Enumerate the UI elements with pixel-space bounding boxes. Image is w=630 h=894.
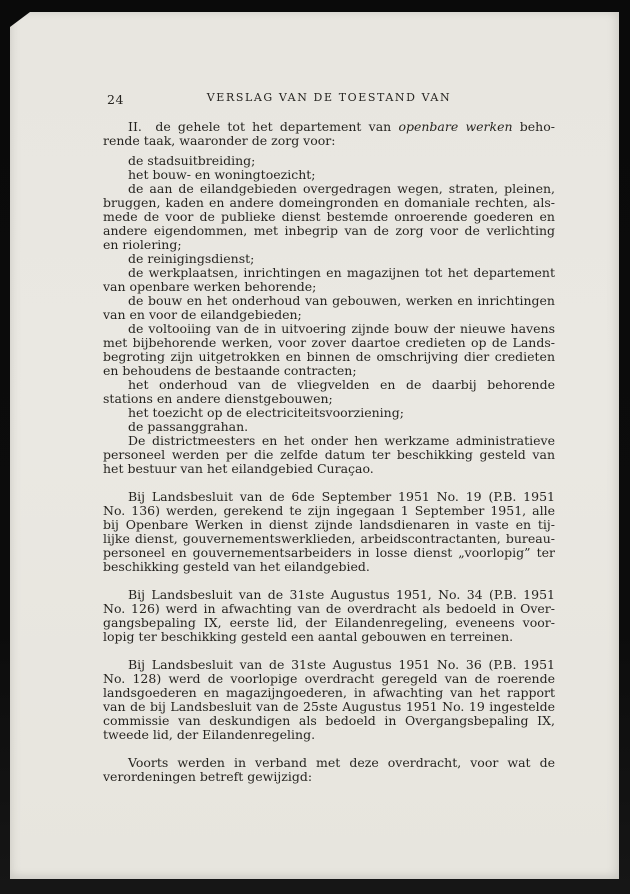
text-segment: het bouw- en woningtoezicht; [128, 167, 315, 182]
paragraph: Bij Landsbesluit van de 31ste Augustus 1… [103, 588, 555, 644]
text-segment: de passanggrahan. [128, 419, 248, 434]
text-segment: andere eigendommen, met inbegrip van de … [103, 223, 555, 238]
text-segment: personeel en gouvernementsarbeiders in l… [103, 545, 555, 560]
text-line: mede de voor de publieke dienst bestemde… [103, 210, 555, 224]
page-body: II. de gehele tot het departement van op… [103, 120, 555, 784]
text-line: en riolering; [103, 238, 555, 252]
text-segment: beho- [513, 119, 555, 134]
page-header: 24 VERSLAG VAN DE TOESTAND VAN [103, 91, 555, 105]
text-segment: het toezicht op de electriciteitsvoorzie… [128, 405, 404, 420]
scan-canvas: { "colors": { "scan_background": "#0b0b0… [0, 0, 630, 894]
text-line: van en voor de eilandgebieden; [103, 308, 555, 322]
text-line: commissie van deskundigen als bedoeld in… [103, 714, 555, 728]
text-line: rende taak, waaronder de zorg voor: [103, 134, 555, 148]
text-segment: tweede lid, der Eilandenregeling. [103, 727, 315, 742]
text-line: No. 136) werden, gerekend te zijn ingega… [103, 504, 555, 518]
text-line: de voltooiing van de in uitvoering zijnd… [103, 322, 555, 336]
paragraph: de stadsuitbreiding;het bouw- en woningt… [103, 154, 555, 434]
text-segment: de voltooiing van de in uitvoering zijnd… [128, 321, 555, 336]
text-segment: II. de gehele tot het departement van [128, 119, 398, 134]
text-line: personeel en gouvernementsarbeiders in l… [103, 546, 555, 560]
text-line: het toezicht op de electriciteitsvoorzie… [103, 406, 555, 420]
running-title: VERSLAG VAN DE TOESTAND VAN [103, 91, 555, 104]
text-segment: verordeningen betreft gewijzigd: [103, 769, 312, 784]
text-line: het bouw- en woningtoezicht; [103, 168, 555, 182]
text-segment: en riolering; [103, 237, 182, 252]
text-line: de bouw en het onderhoud van gebouwen, w… [103, 294, 555, 308]
text-line: van openbare werken behorende; [103, 280, 555, 294]
text-segment: Bij Landsbesluit van de 6de September 19… [128, 489, 555, 504]
text-line: lijke dienst, gouvernementswerklieden, a… [103, 532, 555, 546]
text-line: personeel werden per die zelfde datum te… [103, 448, 555, 462]
text-line: bruggen, kaden en andere domeingronden e… [103, 196, 555, 210]
text-segment: lopig ter beschikking gesteld een aantal… [103, 629, 513, 644]
paragraph: Bij Landsbesluit van de 6de September 19… [103, 490, 555, 574]
text-segment: landsgoederen en magazijngoederen, in af… [103, 685, 555, 700]
text-line: van de bij Landsbesluit van de 25ste Aug… [103, 700, 555, 714]
text-segment: bij Openbare Werken in dienst zijnde lan… [103, 517, 555, 532]
text-segment: bruggen, kaden en andere domeingronden e… [103, 195, 555, 210]
text-segment: No. 136) werden, gerekend te zijn ingega… [103, 503, 555, 518]
text-segment: No. 126) werd in afwachting van de overd… [103, 601, 555, 616]
text-segment: personeel werden per die zelfde datum te… [103, 447, 555, 462]
text-line: gangsbepaling IX, eerste lid, der Eiland… [103, 616, 555, 630]
text-segment: de bouw en het onderhoud van gebouwen, w… [128, 293, 555, 308]
text-segment: van openbare werken behorende; [103, 279, 316, 294]
text-line: het onderhoud van de vliegvelden en de d… [103, 378, 555, 392]
text-line: bij Openbare Werken in dienst zijnde lan… [103, 518, 555, 532]
paragraph: II. de gehele tot het departement van op… [103, 120, 555, 148]
text-line: tweede lid, der Eilandenregeling. [103, 728, 555, 742]
text-segment: het onderhoud van de vliegvelden en de d… [128, 377, 555, 392]
text-segment: Bij Landsbesluit van de 31ste Augustus 1… [128, 657, 555, 672]
text-segment: No. 128) werd de voorlopige overdracht g… [103, 671, 555, 686]
text-segment: gangsbepaling IX, eerste lid, der Eiland… [103, 615, 555, 630]
page-content: 24 VERSLAG VAN DE TOESTAND VAN II. de ge… [103, 91, 555, 784]
text-segment: beschikking gesteld van het eilandgebied… [103, 559, 370, 574]
text-segment: met bijbehorende werken, voor zover daar… [103, 335, 555, 350]
text-line: begroting zijn uitgetrokken en binnen de… [103, 350, 555, 364]
text-segment: de stadsuitbreiding; [128, 153, 255, 168]
text-line: II. de gehele tot het departement van op… [103, 120, 555, 134]
paragraph: Voorts werden in verband met deze overdr… [103, 756, 555, 784]
text-line: Voorts werden in verband met deze overdr… [103, 756, 555, 770]
text-segment: Bij Landsbesluit van de 31ste Augustus 1… [128, 587, 555, 602]
paragraph: De districtmeesters en het onder hen wer… [103, 434, 555, 476]
text-line: de passanggrahan. [103, 420, 555, 434]
text-line: stations en andere dienstgebouwen; [103, 392, 555, 406]
scanned-page: 24 VERSLAG VAN DE TOESTAND VAN II. de ge… [10, 12, 619, 879]
text-segment: het bestuur van het eilandgebied Curaçao… [103, 461, 374, 476]
text-segment: en behoudens de bestaande contracten; [103, 363, 357, 378]
text-segment: lijke dienst, gouvernementswerklieden, a… [103, 531, 555, 546]
text-line: No. 128) werd de voorlopige overdracht g… [103, 672, 555, 686]
text-line: Bij Landsbesluit van de 6de September 19… [103, 490, 555, 504]
text-segment: de werkplaatsen, inrichtingen en magazij… [128, 265, 555, 280]
text-line: beschikking gesteld van het eilandgebied… [103, 560, 555, 574]
text-segment: rende taak, waaronder de zorg voor: [103, 133, 335, 148]
page-number: 24 [107, 92, 124, 107]
text-line: de stadsuitbreiding; [103, 154, 555, 168]
text-line: de reinigingsdienst; [103, 252, 555, 266]
text-line: met bijbehorende werken, voor zover daar… [103, 336, 555, 350]
paragraph: Bij Landsbesluit van de 31ste Augustus 1… [103, 658, 555, 742]
text-line: het bestuur van het eilandgebied Curaçao… [103, 462, 555, 476]
text-line: verordeningen betreft gewijzigd: [103, 770, 555, 784]
text-segment: de aan de eilandgebieden overgedragen we… [128, 181, 555, 196]
text-line: de aan de eilandgebieden overgedragen we… [103, 182, 555, 196]
text-segment: van en voor de eilandgebieden; [103, 307, 302, 322]
text-line: landsgoederen en magazijngoederen, in af… [103, 686, 555, 700]
text-segment: commissie van deskundigen als bedoeld in… [103, 713, 555, 728]
text-segment: stations en andere dienstgebouwen; [103, 391, 333, 406]
text-segment: Voorts werden in verband met deze overdr… [128, 755, 555, 770]
text-segment: de reinigingsdienst; [128, 251, 254, 266]
text-line: en behoudens de bestaande contracten; [103, 364, 555, 378]
text-segment: De districtmeesters en het onder hen wer… [128, 433, 555, 448]
text-line: de werkplaatsen, inrichtingen en magazij… [103, 266, 555, 280]
text-line: andere eigendommen, met inbegrip van de … [103, 224, 555, 238]
text-line: De districtmeesters en het onder hen wer… [103, 434, 555, 448]
text-segment: begroting zijn uitgetrokken en binnen de… [103, 349, 555, 364]
text-segment: mede de voor de publieke dienst bestemde… [103, 209, 555, 224]
text-segment: van de bij Landsbesluit van de 25ste Aug… [103, 699, 555, 714]
text-line: Bij Landsbesluit van de 31ste Augustus 1… [103, 588, 555, 602]
text-line: No. 126) werd in afwachting van de overd… [103, 602, 555, 616]
text-segment: openbare werken [398, 119, 512, 134]
text-line: lopig ter beschikking gesteld een aantal… [103, 630, 555, 644]
text-line: Bij Landsbesluit van de 31ste Augustus 1… [103, 658, 555, 672]
